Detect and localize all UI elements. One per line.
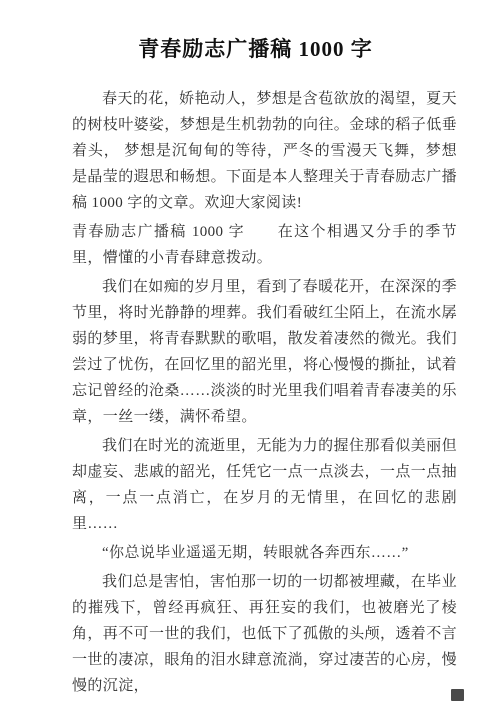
paragraph-subtitle: 青春励志广播稿 1000 字 在这个相遇又分手的季节里，懵懂的小青春肆意拨动。 bbox=[72, 219, 457, 271]
paragraph-body-2: 我们在时光的流逝里，无能为力的握住那看似美丽但却虚妄、悲戚的韶光，任凭它一点一点… bbox=[72, 433, 457, 537]
document-page: 青春励志广播稿 1000 字 春天的花，娇艳动人，梦想是含苞欲放的渴望，夏天的树… bbox=[0, 0, 500, 707]
paragraph-body-1: 我们在如痴的岁月里，看到了春暖花开，在深深的季节里，将时光静静的埋葬。我们看破红… bbox=[72, 274, 457, 430]
paragraph-quote: “你总说毕业遥遥无期，转眼就各奔西东……” bbox=[72, 540, 457, 566]
paragraph-intro: 春天的花，娇艳动人，梦想是含苞欲放的渴望，夏天的树枝叶婆娑，梦想是生机勃勃的向往… bbox=[72, 86, 457, 216]
watermark-mark bbox=[451, 689, 464, 701]
paragraph-body-3: 我们总是害怕，害怕那一切的一切都被埋藏，在毕业的摧残下，曾经再疯狂、再狂妄的我们… bbox=[72, 569, 457, 699]
page-title: 青春励志广播稿 1000 字 bbox=[72, 34, 439, 64]
document-body: 春天的花，娇艳动人，梦想是含苞欲放的渴望，夏天的树枝叶婆娑，梦想是生机勃勃的向往… bbox=[72, 86, 457, 699]
